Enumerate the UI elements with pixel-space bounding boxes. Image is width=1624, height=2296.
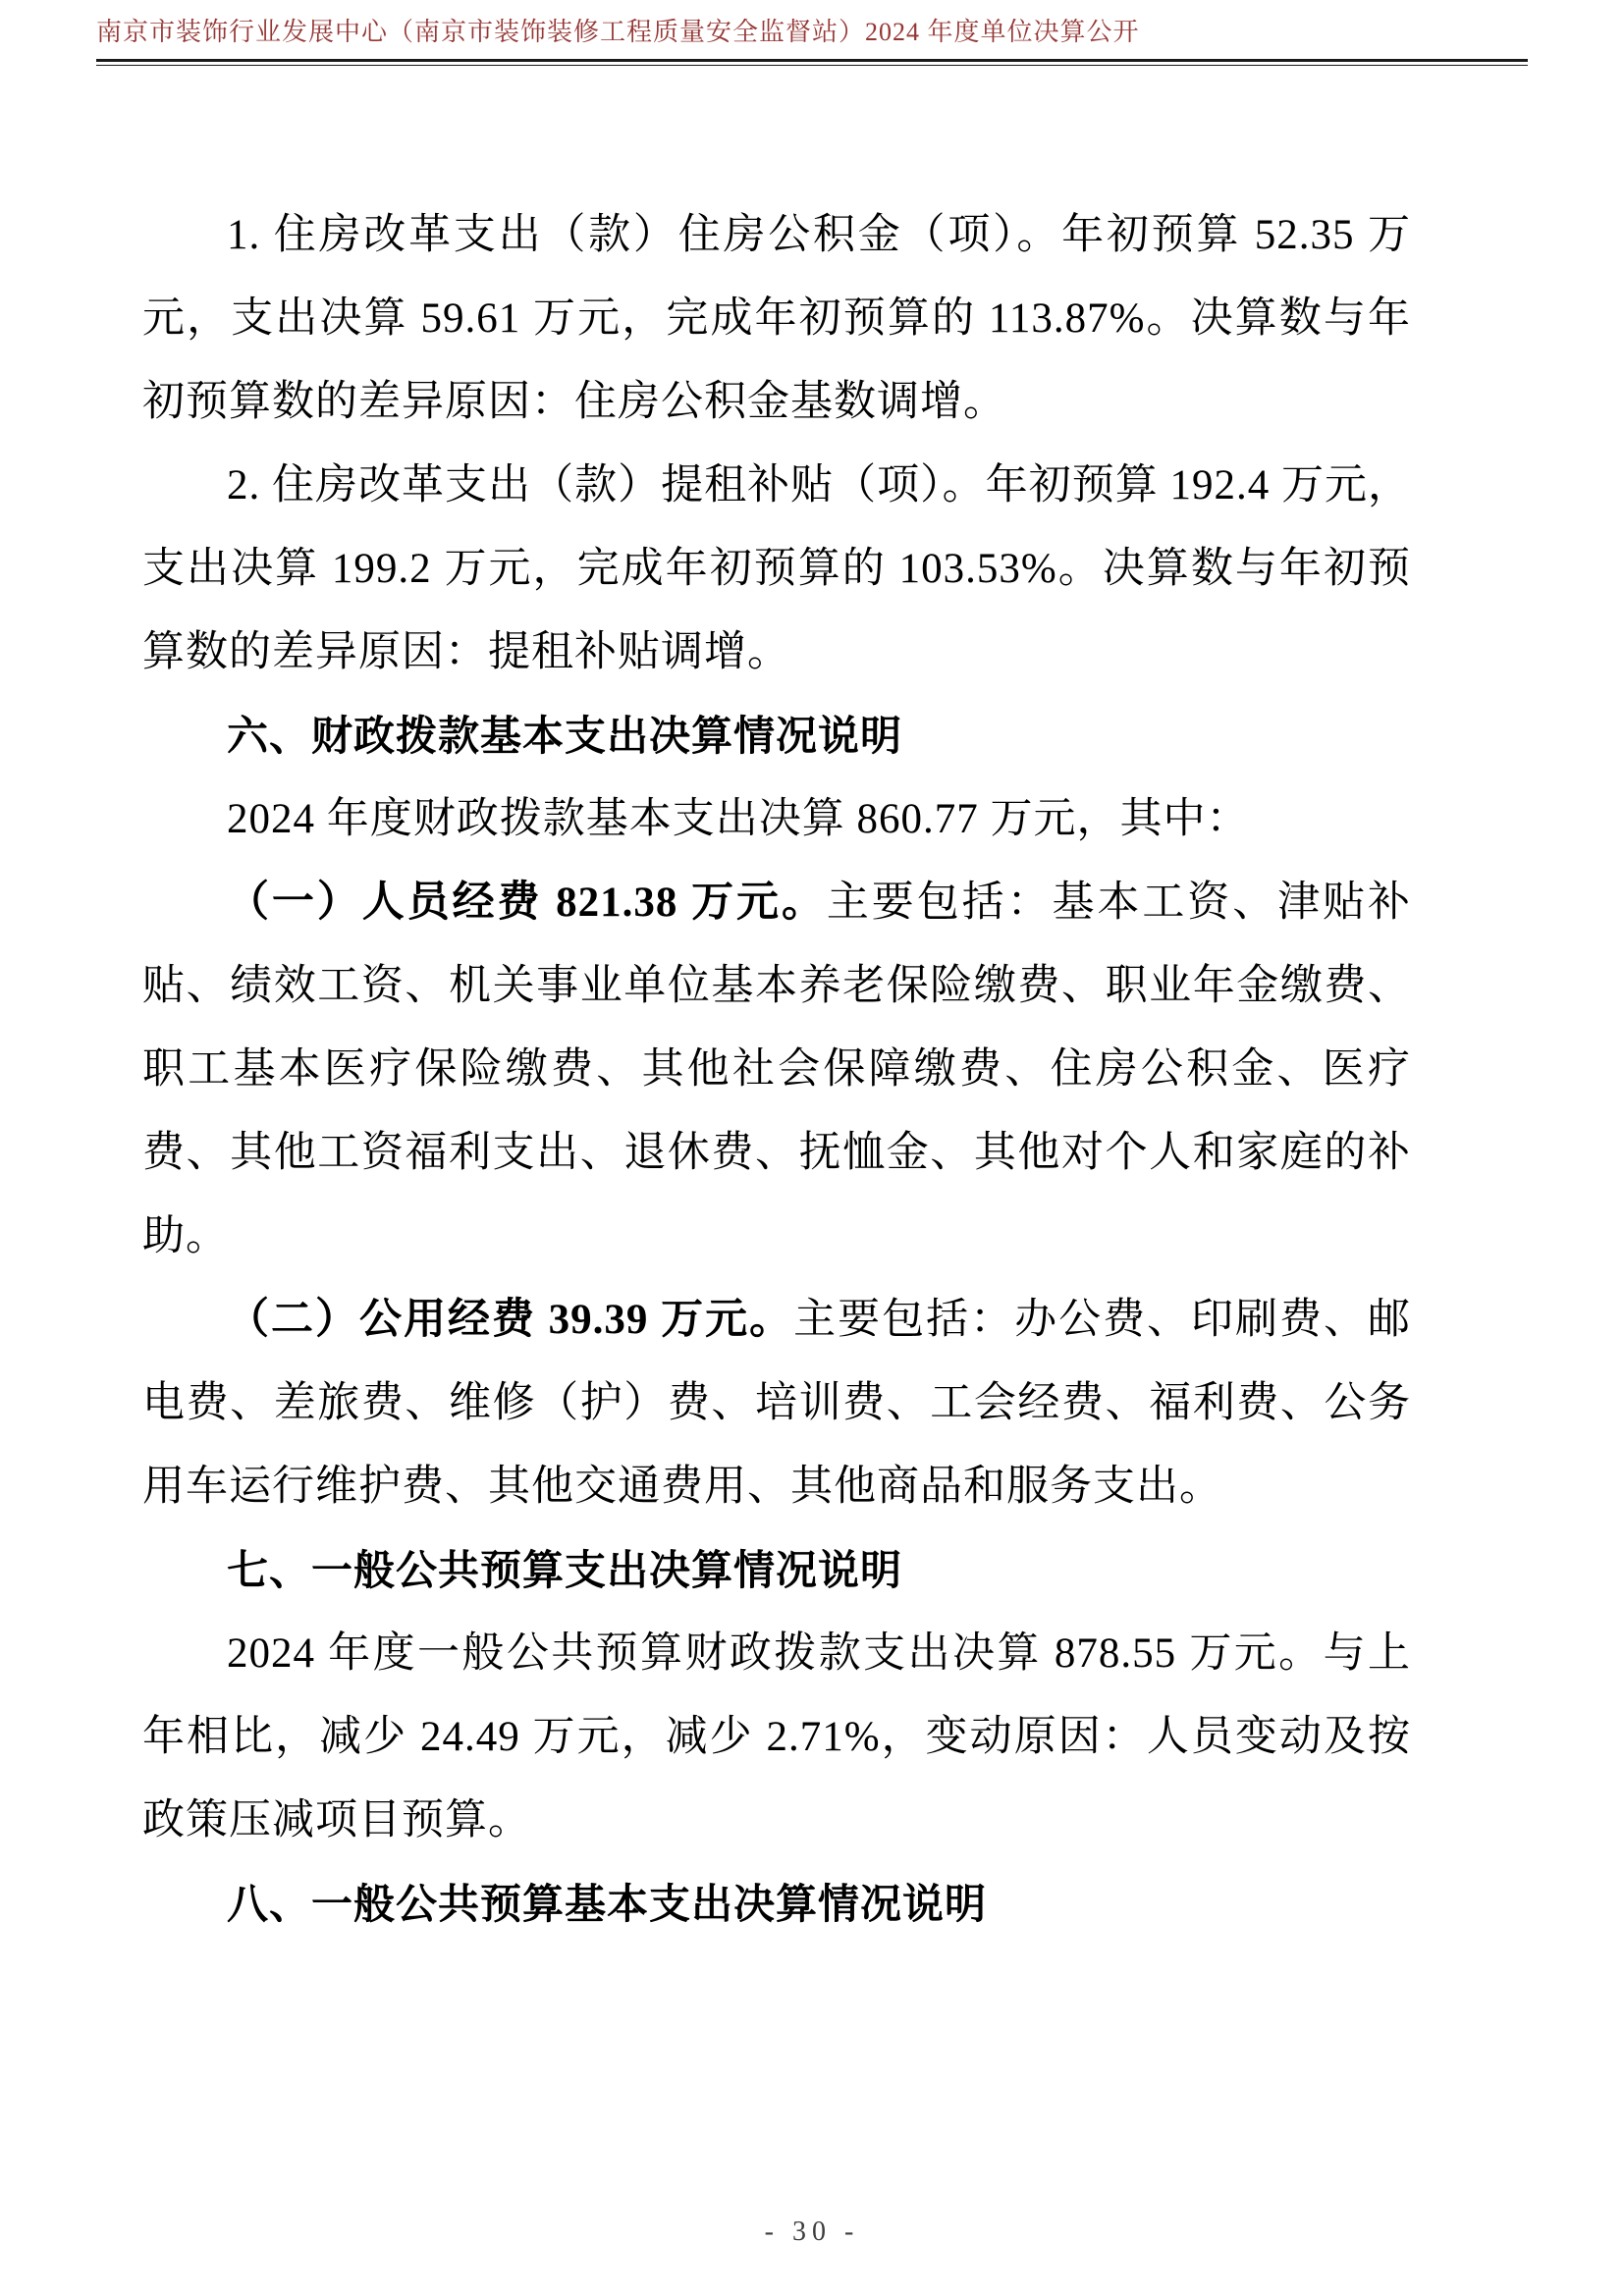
paragraph-personnel-funds: （一）人员经费 821.38 万元。主要包括：基本工资、津贴补贴、绩效工资、机关… <box>142 861 1411 1278</box>
page-header-title: 南京市装饰行业发展中心（南京市装饰装修工程质量安全监督站）2024 年度单位决算… <box>96 16 1528 49</box>
section-heading-6: 六、财政拨款基本支出决算情况说明 <box>142 694 1411 777</box>
document-body: 1. 住房改革支出（款）住房公积金（项）。年初预算 52.35 万元，支出决算 … <box>142 193 1411 1946</box>
page-footer: - 30 - <box>0 2216 1624 2248</box>
paragraph-rent-subsidy: 2. 住房改革支出（款）提租补贴（项）。年初预算 192.4 万元，支出决算 1… <box>142 444 1411 694</box>
document-page: 南京市装饰行业发展中心（南京市装饰装修工程质量安全监督站）2024 年度单位决算… <box>0 0 1624 2296</box>
header-rule-thick <box>96 59 1528 62</box>
paragraph-basic-expenditure-total: 2024 年度财政拨款基本支出决算 860.77 万元，其中： <box>142 777 1411 861</box>
page-number: - 30 - <box>765 2216 860 2247</box>
section-heading-8: 八、一般公共预算基本支出决算情况说明 <box>142 1862 1411 1946</box>
section-heading-7: 七、一般公共预算支出决算情况说明 <box>142 1528 1411 1612</box>
paragraph-personnel-funds-text: 主要包括：基本工资、津贴补贴、绩效工资、机关事业单位基本养老保险缴费、职业年金缴… <box>142 880 1411 1259</box>
paragraph-personnel-funds-lead: （一）人员经费 821.38 万元。 <box>227 880 827 926</box>
paragraph-public-funds-lead: （二）公用经费 39.39 万元。 <box>227 1297 793 1343</box>
paragraph-housing-fund: 1. 住房改革支出（款）住房公积金（项）。年初预算 52.35 万元，支出决算 … <box>142 193 1411 444</box>
paragraph-public-funds: （二）公用经费 39.39 万元。主要包括：办公费、印刷费、邮电费、差旅费、维修… <box>142 1278 1411 1528</box>
page-header: 南京市装饰行业发展中心（南京市装饰装修工程质量安全监督站）2024 年度单位决算… <box>96 16 1528 66</box>
paragraph-general-budget-expenditure: 2024 年度一般公共预算财政拨款支出决算 878.55 万元。与上年相比，减少… <box>142 1612 1411 1862</box>
header-rule-thin <box>96 65 1528 66</box>
